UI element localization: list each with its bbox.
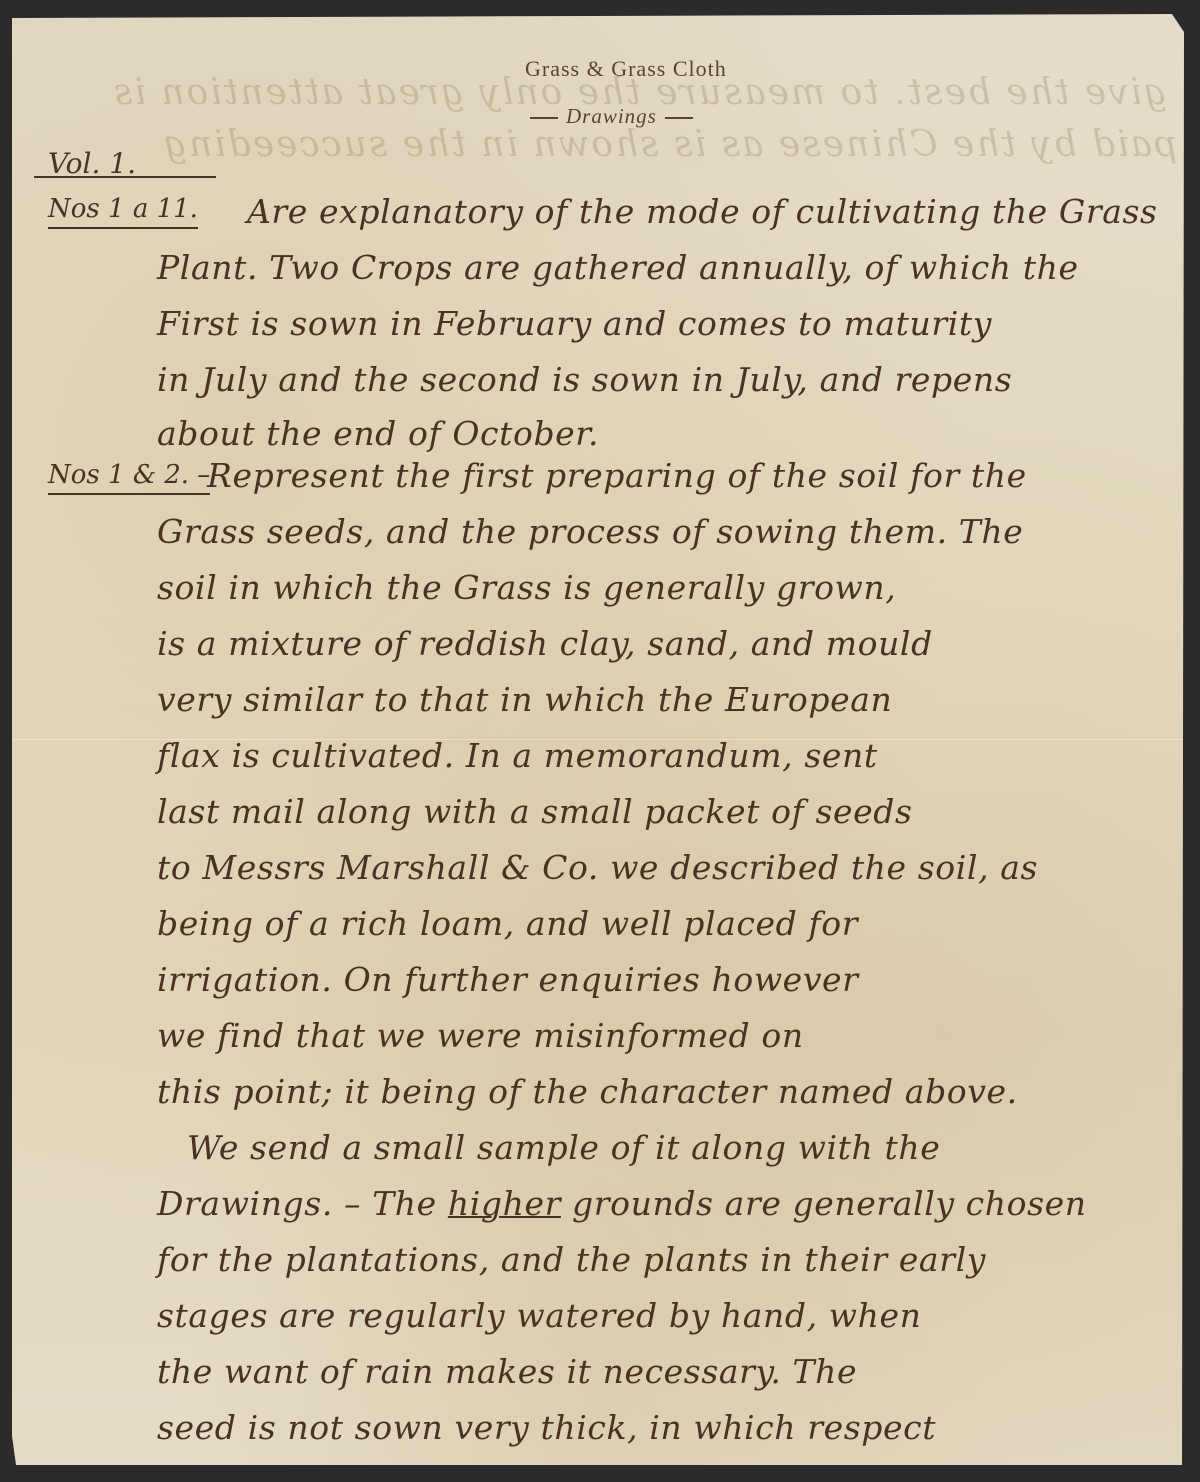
text-segment: grounds are generally chosen: [561, 1184, 1087, 1223]
text-line: being of a rich loam, and well placed fo…: [157, 904, 858, 943]
text-line: for the plantations, and the plants in t…: [157, 1240, 986, 1279]
heading-dash: [530, 117, 558, 119]
text-line: Drawings. – The higher grounds are gener…: [157, 1184, 1087, 1223]
text-line: about the end of October.: [157, 414, 599, 453]
text-line: seed is not sown very thick, in which re…: [157, 1408, 936, 1447]
volume-rule: [34, 176, 216, 178]
text-line: the want of rain makes it necessary. The: [157, 1352, 857, 1391]
section-label: Nos 1 & 2. –: [48, 460, 210, 495]
text-line: flax is cultivated. In a memorandum, sen…: [157, 736, 878, 775]
text-line: First is sown in February and comes to m…: [157, 304, 992, 343]
bleed-through-text: paid by the Chinese as is shown in the s…: [162, 124, 1177, 165]
text-segment: Drawings. – The: [157, 1184, 448, 1223]
text-line: stages are regularly watered by hand, wh…: [157, 1296, 921, 1335]
heading-dash: [665, 117, 693, 119]
manuscript-page: to give the best. to measure the only gr…: [12, 14, 1184, 1465]
text-line: Plant. Two Crops are gathered annually, …: [157, 248, 1079, 287]
text-line: Represent the first preparing of the soi…: [207, 456, 1027, 495]
text-line: we find that we were misinformed on: [157, 1016, 804, 1055]
text-line: Grass seeds, and the process of sowing t…: [157, 512, 1023, 551]
underlined-word: higher: [448, 1184, 561, 1223]
document-heading: Grass & Grass Cloth: [525, 56, 727, 82]
text-line: very similar to that in which the Europe…: [157, 680, 892, 719]
text-line: soil in which the Grass is generally gro…: [157, 568, 896, 607]
section-label: Nos 1 a 11.: [48, 194, 198, 229]
text-line: Are explanatory of the mode of cultivati…: [247, 192, 1158, 231]
text-line: We send a small sample of it along with …: [187, 1128, 940, 1167]
subheading-text: Drawings: [566, 104, 657, 128]
text-line: in July and the second is sown in July, …: [157, 360, 1012, 399]
text-line: is a mixture of reddish clay, sand, and …: [157, 624, 933, 663]
text-line: this point; it being of the character na…: [157, 1072, 1018, 1111]
document-subheading: Drawings: [522, 104, 701, 129]
text-line: irrigation. On further enquiries however: [157, 960, 859, 999]
text-line: to Messrs Marshall & Co. we described th…: [157, 848, 1038, 887]
text-line: last mail along with a small packet of s…: [157, 792, 913, 831]
